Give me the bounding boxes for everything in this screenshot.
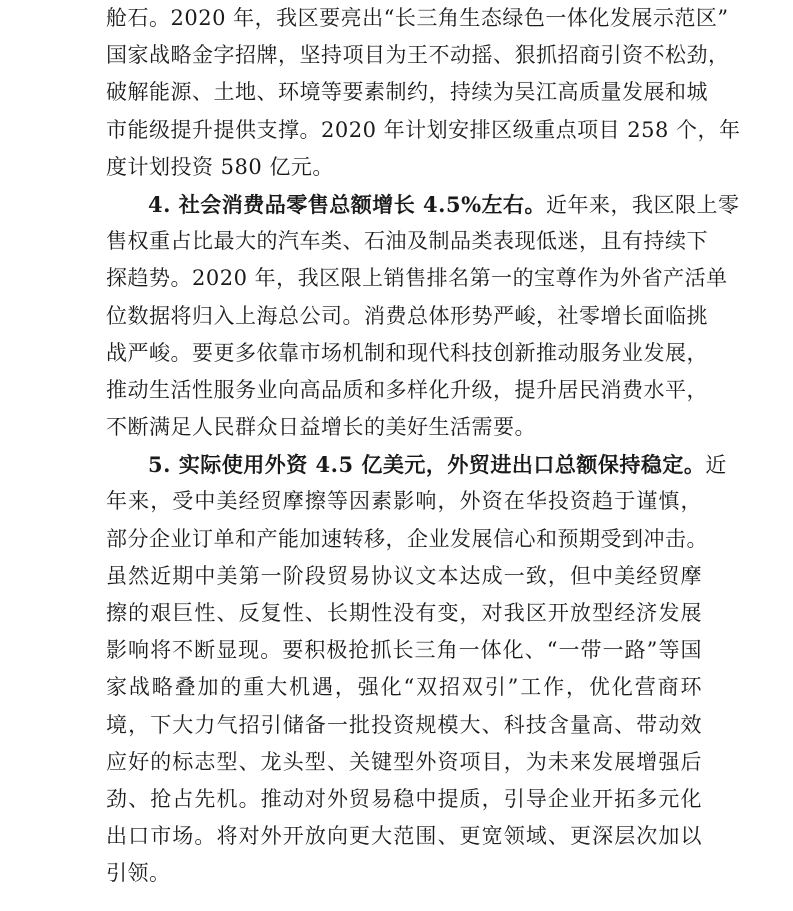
text-line: 擦的艰巨性、反复性、长期性没有变，对我区开放型经济发展 bbox=[106, 595, 702, 632]
section-heading-5: 5. 实际使用外资 4.5 亿美元，外贸进出口总额保持稳定。 bbox=[148, 452, 705, 477]
text-line: 国家战略金字招牌，坚持项目为王不动摇、狠抓招商引资不松劲， bbox=[106, 37, 702, 74]
text-line: 家战略叠加的重大机遇，强化“双招双引”工作，优化营商环 bbox=[106, 669, 702, 706]
paragraph-5-foreign-investment: 5. 实际使用外资 4.5 亿美元，外贸进出口总额保持稳定。近 年来，受中美经贸… bbox=[106, 446, 702, 892]
text-line: 舱石。2020 年，我区要亮出“长三角生态绿色一体化发展示范区” bbox=[106, 0, 702, 37]
text-line: 出口市场。将对外开放向更大范围、更宽领域、更深层次加以 bbox=[106, 818, 702, 855]
paragraph-3-continuation: 舱石。2020 年，我区要亮出“长三角生态绿色一体化发展示范区” 国家战略金字招… bbox=[106, 0, 702, 186]
text-line: 市能级提升提供支撑。2020 年计划安排区级重点项目 258 个，年 bbox=[106, 112, 702, 149]
section-heading-4: 4. 社会消费品零售总额增长 4.5%左右。 bbox=[148, 192, 546, 217]
text-line: 推动生活性服务业向高品质和多样化升级，提升居民消费水平， bbox=[106, 372, 702, 409]
document-page: 舱石。2020 年，我区要亮出“长三角生态绿色一体化发展示范区” 国家战略金字招… bbox=[106, 0, 702, 893]
text-line: 战严峻。要更多依靠市场机制和现代科技创新推动服务业发展， bbox=[106, 335, 702, 372]
text-line: 售权重占比最大的汽车类、石油及制品类表现低迷，且有持续下 bbox=[106, 223, 702, 260]
text-line: 5. 实际使用外资 4.5 亿美元，外贸进出口总额保持稳定。近 bbox=[106, 446, 702, 483]
text-line: 位数据将归入上海总公司。消费总体形势严峻，社零增长面临挑 bbox=[106, 298, 702, 335]
text-line: 4. 社会消费品零售总额增长 4.5%左右。近年来，我区限上零 bbox=[106, 186, 702, 223]
text-line: 影响将不断显现。要积极抢抓长三角一体化、“一带一路”等国 bbox=[106, 632, 702, 669]
paragraph-4-retail-sales: 4. 社会消费品零售总额增长 4.5%左右。近年来，我区限上零 售权重占比最大的… bbox=[106, 186, 702, 446]
text-line: 探趋势。2020 年，我区限上销售排名第一的宝尊作为外省产活单 bbox=[106, 260, 702, 297]
text-line: 不断满足人民群众日益增长的美好生活需要。 bbox=[106, 409, 702, 446]
text-line: 破解能源、土地、环境等要素制约，持续为吴江高质量发展和城 bbox=[106, 74, 702, 111]
text-span: 近年来，我区限上零 bbox=[546, 193, 740, 217]
text-line: 度计划投资 580 亿元。 bbox=[106, 149, 702, 186]
text-line: 虽然近期中美第一阶段贸易协议文本达成一致，但中美经贸摩 bbox=[106, 558, 702, 595]
text-line: 境，下大力气招引储备一批投资规模大、科技含量高、带动效 bbox=[106, 707, 702, 744]
text-line: 引领。 bbox=[106, 855, 702, 892]
text-span: 近 bbox=[705, 453, 727, 477]
text-line: 劲、抢占先机。推动对外贸易稳中提质，引导企业开拓多元化 bbox=[106, 781, 702, 818]
text-line: 部分企业订单和产能加速转移，企业发展信心和预期受到冲击。 bbox=[106, 521, 702, 558]
text-line: 年来，受中美经贸摩擦等因素影响，外资在华投资趋于谨慎， bbox=[106, 483, 702, 520]
text-line: 应好的标志型、龙头型、关键型外资项目，为未来发展增强后 bbox=[106, 744, 702, 781]
